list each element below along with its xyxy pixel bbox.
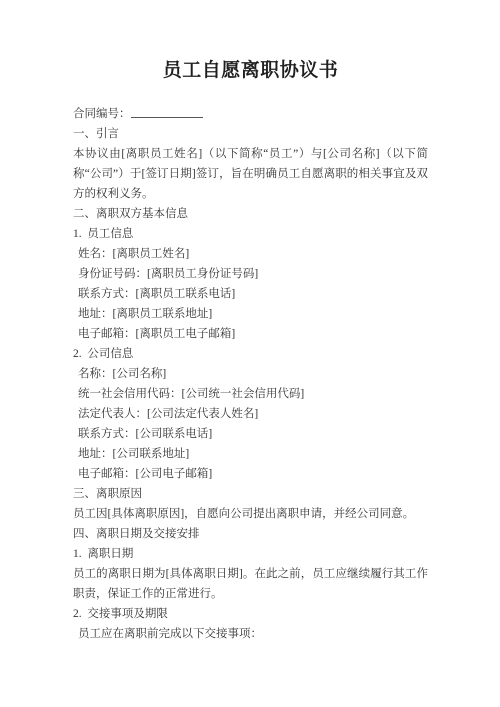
contract-number-line: 合同编号： xyxy=(73,104,428,124)
company-info-heading: 2. 公司信息 xyxy=(73,344,428,364)
section-3-heading: 三、离职原因 xyxy=(73,484,428,504)
intro-paragraph: 本协议由[离职员工姓名]（以下简称“员工”）与[公司名称]（以下简称“公司”）于… xyxy=(73,144,428,204)
field-company-address: 地址：[公司联系地址] xyxy=(73,444,428,464)
resignation-reason-paragraph: 员工因[具体离职原因]，自愿向公司提出离职申请，并经公司同意。 xyxy=(73,504,428,524)
field-company-email: 电子邮箱：[公司电子邮箱] xyxy=(73,464,428,484)
section-1-heading: 一、引言 xyxy=(73,124,428,144)
field-employee-address: 地址：[离职员工联系地址] xyxy=(73,304,428,324)
resignation-date-heading: 1. 离职日期 xyxy=(73,544,428,564)
contract-number-label: 合同编号： xyxy=(73,108,131,120)
section-4-heading: 四、离职日期及交接安排 xyxy=(73,524,428,544)
field-company-phone: 联系方式：[公司联系电话] xyxy=(73,424,428,444)
field-employee-id: 身份证号码：[离职员工身份证号码] xyxy=(73,264,428,284)
field-company-credit-code: 统一社会信用代码：[公司统一社会信用代码] xyxy=(73,384,428,404)
resignation-date-paragraph: 员工的离职日期为[具体离职日期]。在此之前，员工应继续履行其工作职责，保证工作的… xyxy=(73,564,428,604)
field-employee-email: 电子邮箱：[离职员工电子邮箱] xyxy=(73,324,428,344)
employee-info-heading: 1. 员工信息 xyxy=(73,224,428,244)
handover-intro-line: 员工应在离职前完成以下交接事项： xyxy=(73,624,428,644)
field-employee-phone: 联系方式：[离职员工联系电话] xyxy=(73,284,428,304)
section-2-heading: 二、离职双方基本信息 xyxy=(73,204,428,224)
contract-number-blank xyxy=(131,106,203,118)
field-employee-name: 姓名：[离职员工姓名] xyxy=(73,244,428,264)
field-company-name: 名称：[公司名称] xyxy=(73,364,428,384)
document-title: 员工自愿离职协议书 xyxy=(73,59,428,83)
document-page: 员工自愿离职协议书 合同编号： 一、引言 本协议由[离职员工姓名]（以下简称“员… xyxy=(0,0,500,707)
handover-heading: 2. 交接事项及期限 xyxy=(73,604,428,624)
field-company-legal-rep: 法定代表人：[公司法定代表人姓名] xyxy=(73,404,428,424)
